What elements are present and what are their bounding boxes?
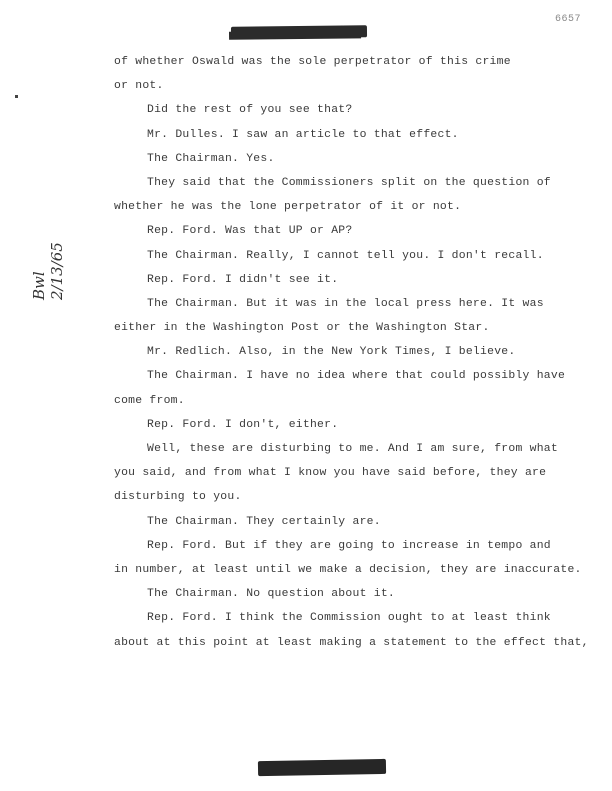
transcript-line: whether he was the lone perpetrator of i…	[114, 195, 594, 219]
transcript-line: The Chairman. Really, I cannot tell you.…	[114, 244, 594, 268]
transcript-line: you said, and from what I know you have …	[114, 461, 594, 485]
transcript-line: The Chairman. I have no idea where that …	[114, 364, 594, 388]
transcript-line: Rep. Ford. But if they are going to incr…	[114, 534, 594, 558]
transcript-line: Did the rest of you see that?	[114, 98, 594, 122]
transcript-line: The Chairman. But it was in the local pr…	[114, 292, 594, 316]
transcript-line: in number, at least until we make a deci…	[114, 558, 594, 582]
transcript-line: of whether Oswald was the sole perpetrat…	[114, 50, 594, 74]
transcript-line: The Chairman. No question about it.	[114, 582, 594, 606]
transcript-line: Well, these are disturbing to me. And I …	[114, 437, 594, 461]
handwritten-initials: Bwl	[30, 242, 48, 300]
transcript-line: The Chairman. They certainly are.	[114, 510, 594, 534]
transcript-line: Rep. Ford. I didn't see it.	[114, 268, 594, 292]
transcript-line: Mr. Dulles. I saw an article to that eff…	[114, 123, 594, 147]
transcript-line: The Chairman. Yes.	[114, 147, 594, 171]
transcript-body: of whether Oswald was the sole perpetrat…	[114, 50, 594, 655]
transcript-line: Mr. Redlich. Also, in the New York Times…	[114, 340, 594, 364]
handwritten-annotation: Bwl 2/13/65	[30, 242, 66, 300]
page-number: 6657	[555, 14, 581, 25]
handwritten-date: 2/13/65	[48, 242, 66, 300]
margin-mark	[15, 95, 18, 98]
transcript-line: or not.	[114, 74, 594, 98]
redaction-bar-top	[231, 25, 367, 38]
transcript-line: Rep. Ford. I think the Commission ought …	[114, 606, 594, 630]
transcript-line: disturbing to you.	[114, 485, 594, 509]
transcript-line: They said that the Commissioners split o…	[114, 171, 594, 195]
transcript-line: Rep. Ford. Was that UP or AP?	[114, 219, 594, 243]
transcript-line: either in the Washington Post or the Was…	[114, 316, 594, 340]
transcript-line: about at this point at least making a st…	[114, 631, 594, 655]
transcript-line: come from.	[114, 389, 594, 413]
redaction-bar-bottom	[258, 759, 386, 776]
transcript-line: Rep. Ford. I don't, either.	[114, 413, 594, 437]
